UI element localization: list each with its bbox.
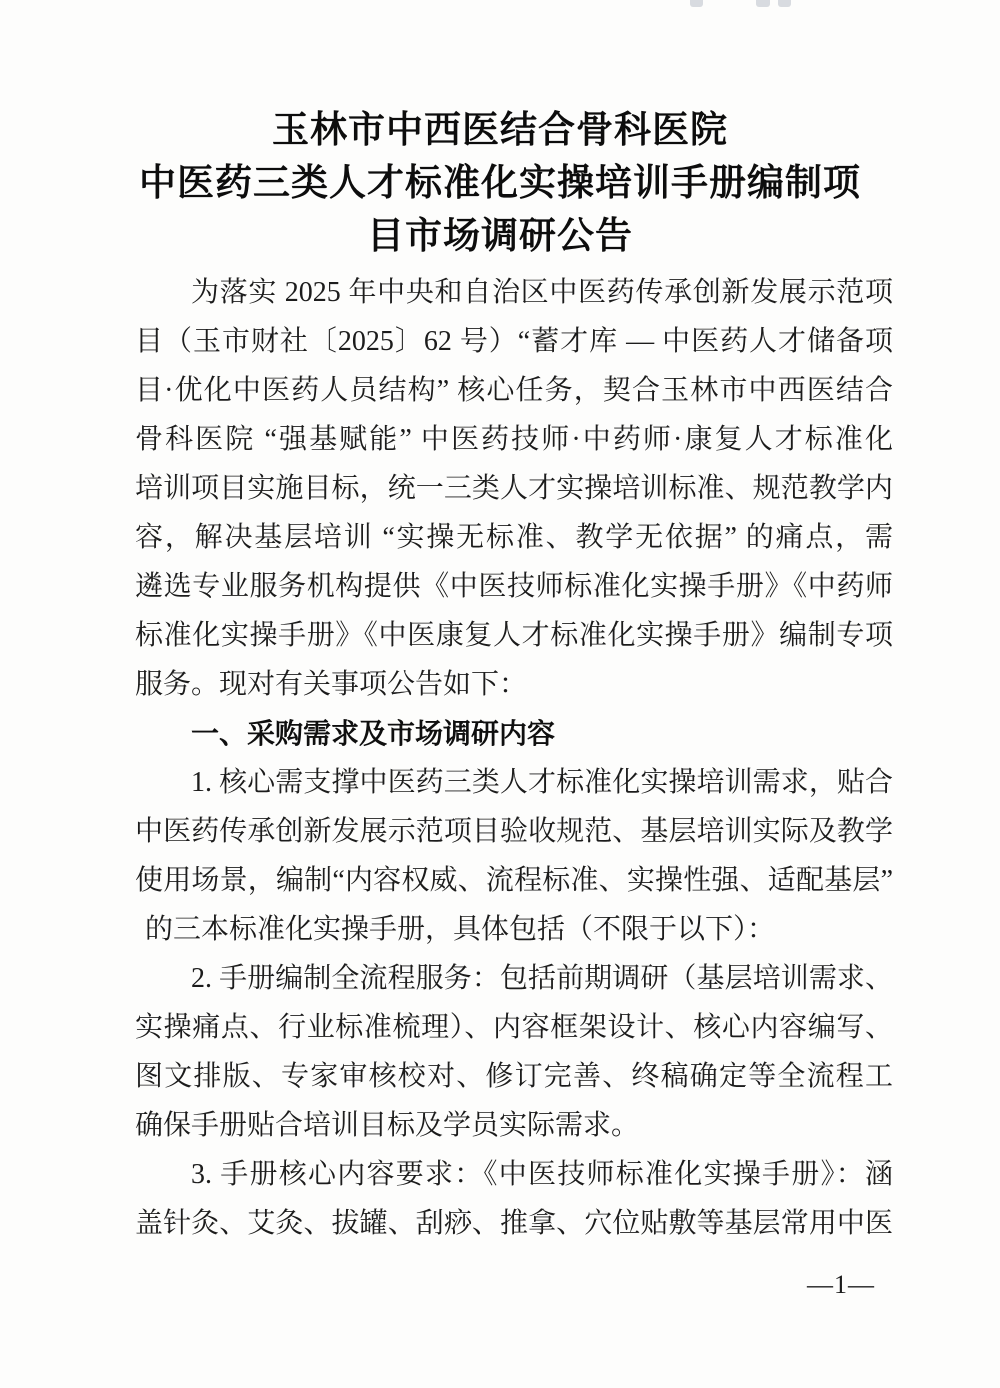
text-line: 中医药传承创新发展示范项目验收规范、基层培训实际及教学: [135, 807, 893, 856]
text-line: 实操痛点、行业标准梳理）、内容框架设计、核心内容编写、: [135, 1003, 893, 1052]
text-line: 容，解决基层培训 “实操无标准、教学无依据” 的痛点，需: [135, 513, 893, 562]
text-line: 1. 核心需支撑中医药三类人才标准化实操培训需求，贴合: [135, 758, 893, 807]
scan-artifact: [778, 0, 791, 7]
page-number: —1—: [807, 1270, 875, 1300]
document-title: 玉林市中西医结合骨科医院中医药三类人才标准化实操培训手册编制项目市场调研公告: [121, 104, 879, 263]
title-line: 玉林市中西医结合骨科医院: [121, 104, 879, 157]
title-line: 目市场调研公告: [121, 210, 879, 263]
text-line: 的三本标准化实操手册，具体包括（不限于以下）：: [135, 905, 893, 954]
text-line: 使用场景，编制“内容权威、流程标准、实操性强、适配基层”: [135, 856, 893, 905]
document-body: 为落实 2025 年中央和自治区中医药传承创新发展示范项目（玉市财社〔2025〕…: [135, 268, 893, 1248]
document-page: 玉林市中西医结合骨科医院中医药三类人才标准化实操培训手册编制项目市场调研公告 为…: [0, 0, 1000, 1388]
text-line: 骨科医院 “强基赋能” 中医药技师·中药师·康复人才标准化: [135, 415, 893, 464]
section-heading: 一、采购需求及市场调研内容: [135, 709, 893, 758]
text-line: 确保手册贴合培训目标及学员实际需求。: [135, 1101, 893, 1150]
title-line: 中医药三类人才标准化实操培训手册编制项: [121, 157, 879, 210]
text-line: 2. 手册编制全流程服务：包括前期调研（基层培训需求、: [135, 954, 893, 1003]
scan-artifact: [690, 0, 703, 7]
text-line: 目（玉市财社〔2025〕62 号）“蓄才库 — 中医药人才储备项: [135, 317, 893, 366]
text-line: 培训项目实施目标，统一三类人才实操培训标准、规范教学内: [135, 464, 893, 513]
text-line: 为落实 2025 年中央和自治区中医药传承创新发展示范项: [135, 268, 893, 317]
text-line: 目·优化中医药人员结构” 核心任务，契合玉林市中西医结合: [135, 366, 893, 415]
text-line: 图文排版、专家审核校对、修订完善、终稿确定等全流程工作，: [135, 1052, 893, 1101]
text-line: 服务。现对有关事项公告如下：: [135, 660, 893, 709]
text-line: 3. 手册核心内容要求：《中医技师标准化实操手册》：涵: [135, 1150, 893, 1199]
text-line: 盖针灸、艾灸、拔罐、刮痧、推拿、穴位贴敷等基层常用中医: [135, 1199, 893, 1248]
text-line: 标准化实操手册》《中医康复人才标准化实操手册》编制专项: [135, 611, 893, 660]
scan-artifact: [756, 0, 770, 7]
text-line: 遴选专业服务机构提供《中医技师标准化实操手册》《中药师: [135, 562, 893, 611]
